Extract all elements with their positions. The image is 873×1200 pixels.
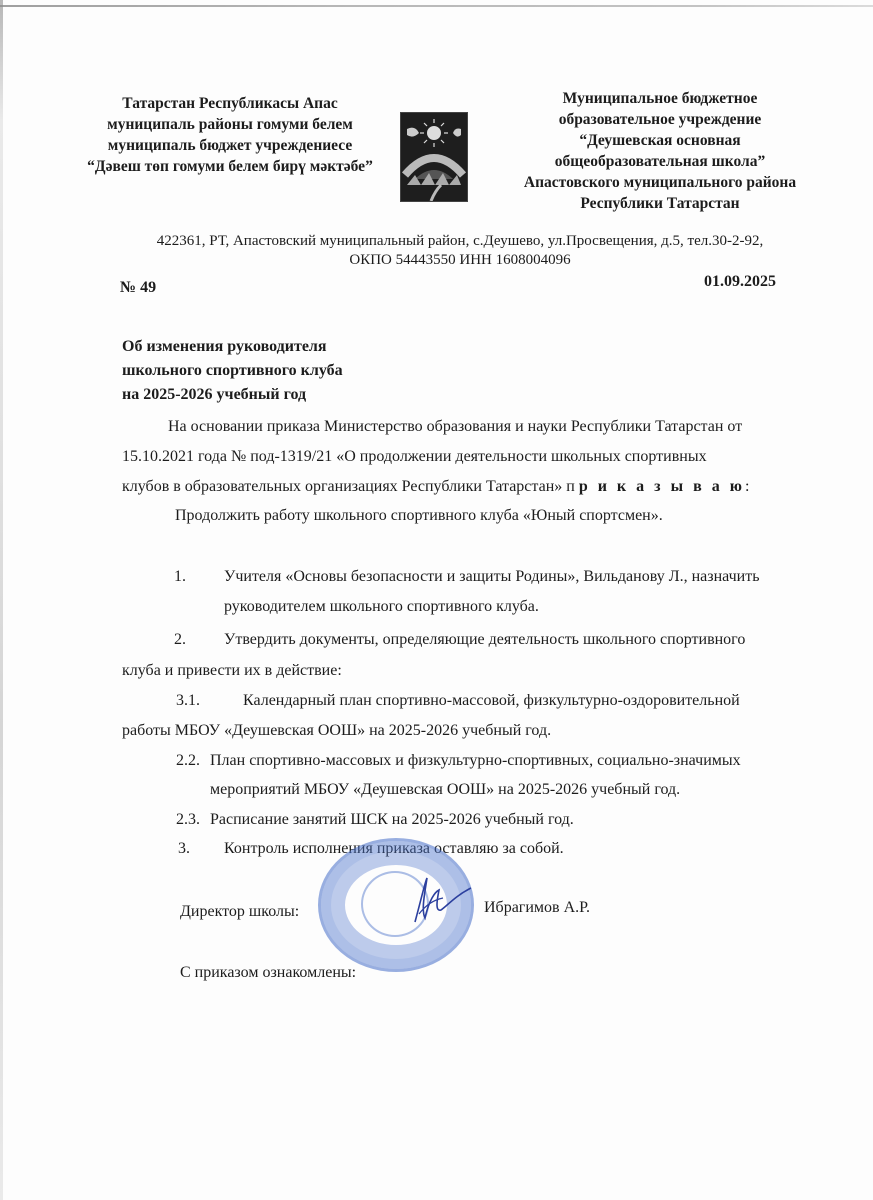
header-left-line: муниципаль районы гомуми белем [70,114,390,135]
order-item-2: 2.Утвердить документы, определяющие деят… [174,631,745,649]
address-line: 422361, РТ, Апастовский муниципальный ра… [100,232,820,251]
item-text: Расписание занятий ШСК на 2025-2026 учеб… [210,811,574,828]
header-right-line: “Деушевская основная [500,130,820,151]
title-line: Об изменения руководителя [122,335,343,359]
header-right-line: Республики Татарстан [500,193,820,214]
item-text: Утвердить документы, определяющие деятел… [224,631,745,648]
order-item-1-cont: руководителем школьного спортивного клуб… [224,598,539,616]
preamble-line: клубов в образовательных организациях Ре… [122,472,802,502]
order-item-2-3: 2.3.Расписание занятий ШСК на 2025-2026 … [176,811,574,829]
continue-club-statement: Продолжить работу школьного спортивного … [175,507,663,525]
item-number: 3. [178,840,224,858]
order-item-3-1: 3.1.Календарный план спортивно-массовой,… [176,692,806,710]
title-line: школьного спортивного клуба [122,359,343,383]
director-name: Ибрагимов А.Р. [484,899,590,917]
address-line: ОКПО 54443550 ИНН 1608004096 [100,251,820,270]
order-item-3-1-cont: работы МБОУ «Деушевская ООШ» на 2025-202… [122,722,551,740]
colon: : [745,478,749,495]
order-item-2-cont: клуба и привести их в действие: [122,662,342,680]
order-preamble: На основании приказа Министерство образо… [122,412,802,502]
item-text: План спортивно-массовых и физкультурно-с… [210,752,741,769]
header-tatar-institution: Татарстан Республикасы Апас муниципаль р… [70,93,390,177]
order-date: 01.09.2025 [704,273,776,291]
school-address: 422361, РТ, Апастовский муниципальный ра… [100,232,820,270]
item-text: Календарный план спортивно-массовой, физ… [243,692,740,709]
header-right-line: Муниципальное бюджетное [500,88,820,109]
item-number: 1. [174,568,224,586]
header-russian-institution: Муниципальное бюджетное образовательное … [500,88,820,214]
preamble-line: На основании приказа Министерство образо… [122,412,802,442]
item-number: 2.2. [176,752,210,770]
header-right-line: Апастовского муниципального района [500,172,820,193]
order-item-1: 1.Учителя «Основы безопасности и защиты … [174,568,759,586]
order-item-2-2-cont: мероприятий МБОУ «Деушевская ООШ» на 202… [210,781,680,799]
scan-edge-left [0,0,3,1200]
item-number: 2.3. [176,811,210,829]
acknowledged-label: С приказом ознакомлены: [180,964,356,982]
school-emblem-icon [400,112,468,202]
title-line: на 2025-2026 учебный год [122,383,343,407]
order-number: № 49 [120,279,156,297]
order-keyword: р и к а з ы в а ю [579,478,745,495]
item-text: Учителя «Основы безопасности и защиты Ро… [224,568,759,585]
header-left-line: “Дәвеш төп гомуми белем бирү мәктәбе” [70,156,390,177]
preamble-text: клубов в образовательных организациях Ре… [122,478,579,495]
scan-edge-top [0,5,873,7]
item-number: 2. [174,631,224,649]
item-number: 3.1. [176,692,243,710]
header-left-line: Татарстан Республикасы Апас [70,93,390,114]
director-signature-icon [395,870,495,930]
header-right-line: общеобразовательная школа” [500,151,820,172]
director-role-label: Директор школы: [180,903,299,921]
order-title: Об изменения руководителя школьного спор… [122,335,343,407]
header-right-line: образовательное учреждение [500,109,820,130]
preamble-line: 15.10.2021 года № под-1319/21 «О продолж… [122,442,802,472]
header-left-line: муниципаль бюджет учреждениесе [70,135,390,156]
order-item-2-2: 2.2.План спортивно-массовых и физкультур… [176,752,741,770]
